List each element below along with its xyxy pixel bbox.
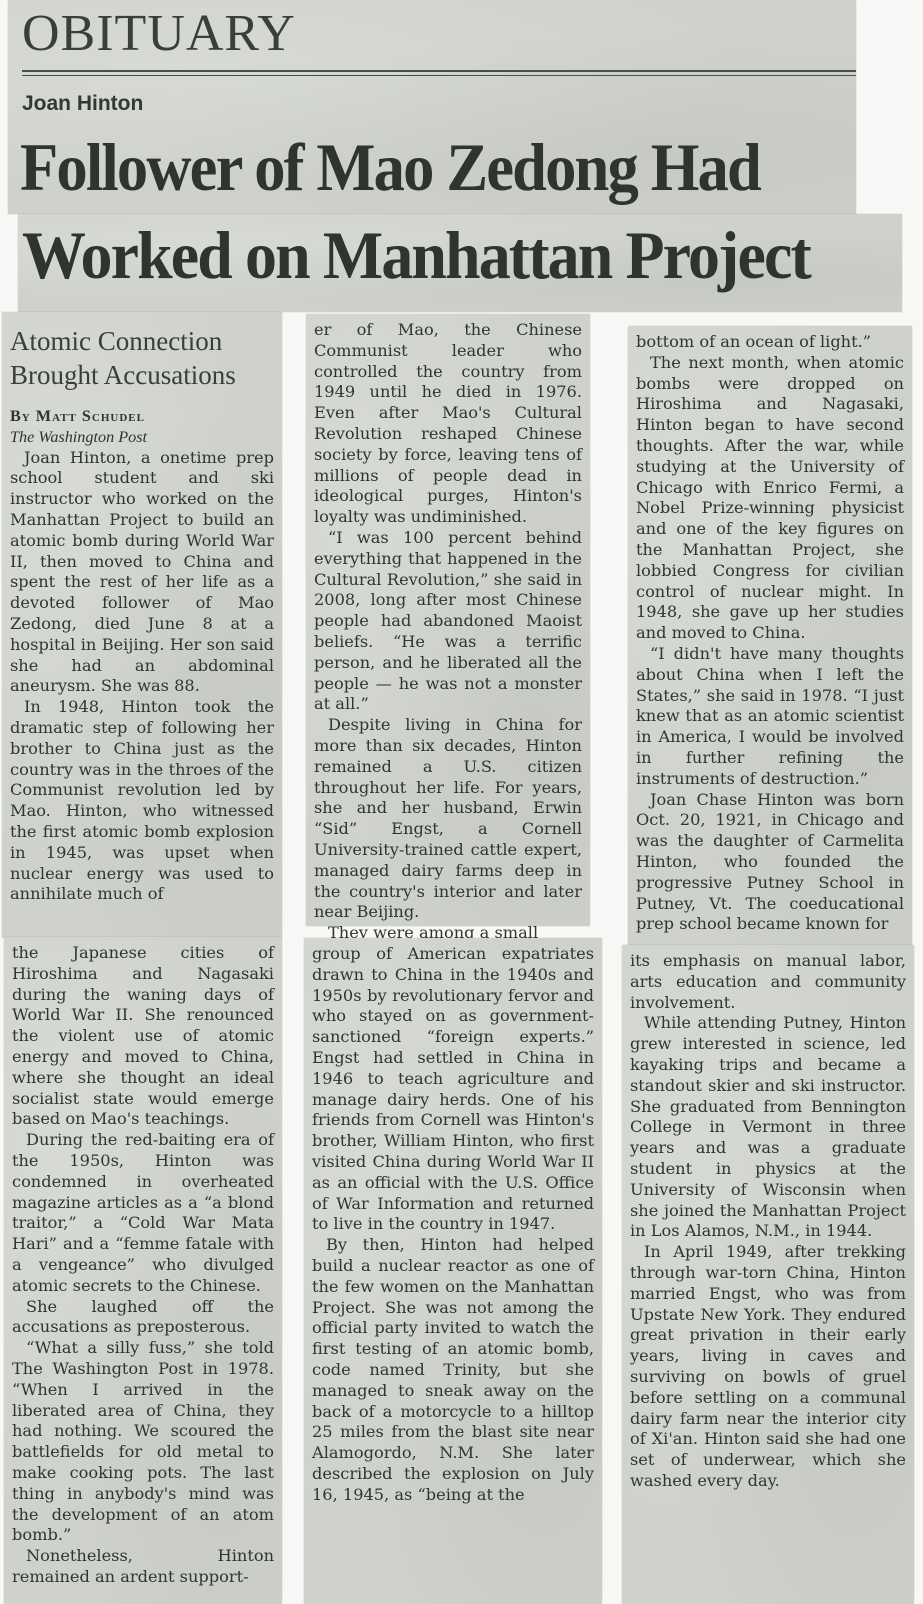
section-rule: [22, 70, 856, 72]
paragraph: bottom of an ocean of light.”: [636, 332, 904, 353]
paragraph: By then, Hinton had helped build a nucle…: [312, 1235, 594, 1505]
column-2-bottom: group of American expatriates drawn to C…: [304, 938, 602, 1604]
paragraph: In 1948, Hinton took the dramatic step o…: [10, 697, 274, 905]
paragraph: The next month, when atomic bombs were d…: [636, 353, 904, 644]
byline: By Matt Schudel: [10, 406, 274, 427]
column-2-top: er of Mao, the Chinese Communist leader …: [306, 314, 590, 926]
masthead-clipping: OBITUARY Joan Hinton Follower of Mao Zed…: [8, 0, 856, 214]
paragraph: “What a silly fuss,” she told The Washin…: [12, 1338, 274, 1546]
headline-line-1: Follower of Mao Zedong Had: [20, 128, 760, 207]
paragraph: er of Mao, the Chinese Communist leader …: [314, 320, 582, 528]
paragraph: Despite living in China for more than si…: [314, 715, 582, 923]
column-1-bottom: the Japanese cities of Hiroshima and Nag…: [4, 937, 282, 1604]
paragraph: group of American expatriates drawn to C…: [312, 944, 594, 1235]
column-1-top: Atomic Connection Brought Accusations By…: [2, 312, 282, 938]
publication-credit: The Washington Post: [10, 427, 274, 448]
paragraph: Joan Chase Hinton was born Oct. 20, 1921…: [636, 790, 904, 936]
section-label: OBITUARY: [22, 4, 296, 63]
paragraph: its emphasis on manual labor, arts educa…: [630, 951, 906, 1013]
paragraph: Joan Hinton, a onetime prep school stude…: [10, 448, 274, 698]
column-3-bottom: its emphasis on manual labor, arts educa…: [622, 945, 914, 1604]
column-3-top: bottom of an ocean of light.” The next m…: [628, 326, 912, 946]
paragraph: “I didn't have many thoughts about China…: [636, 644, 904, 790]
kicker-name: Joan Hinton: [22, 92, 143, 116]
paragraph: “I was 100 percent behind everything tha…: [314, 528, 582, 715]
paragraph: the Japanese cities of Hiroshima and Nag…: [12, 943, 274, 1130]
paragraph: While attending Putney, Hinton grew inte…: [630, 1013, 906, 1242]
section-rule-thin: [22, 75, 856, 76]
paragraph: She laughed off the accusations as prepo…: [12, 1297, 274, 1339]
subhead: Atomic Connection Brought Accusations: [10, 324, 274, 392]
headline-strip-clipping: Worked on Manhattan Project: [18, 214, 902, 312]
paragraph: During the red-baiting era of the 1950s,…: [12, 1130, 274, 1296]
paragraph: Nonetheless, Hinton remained an ardent s…: [12, 1546, 274, 1588]
headline-line-2: Worked on Manhattan Project: [22, 216, 810, 295]
paragraph: In April 1949, after trekking through wa…: [630, 1242, 906, 1492]
